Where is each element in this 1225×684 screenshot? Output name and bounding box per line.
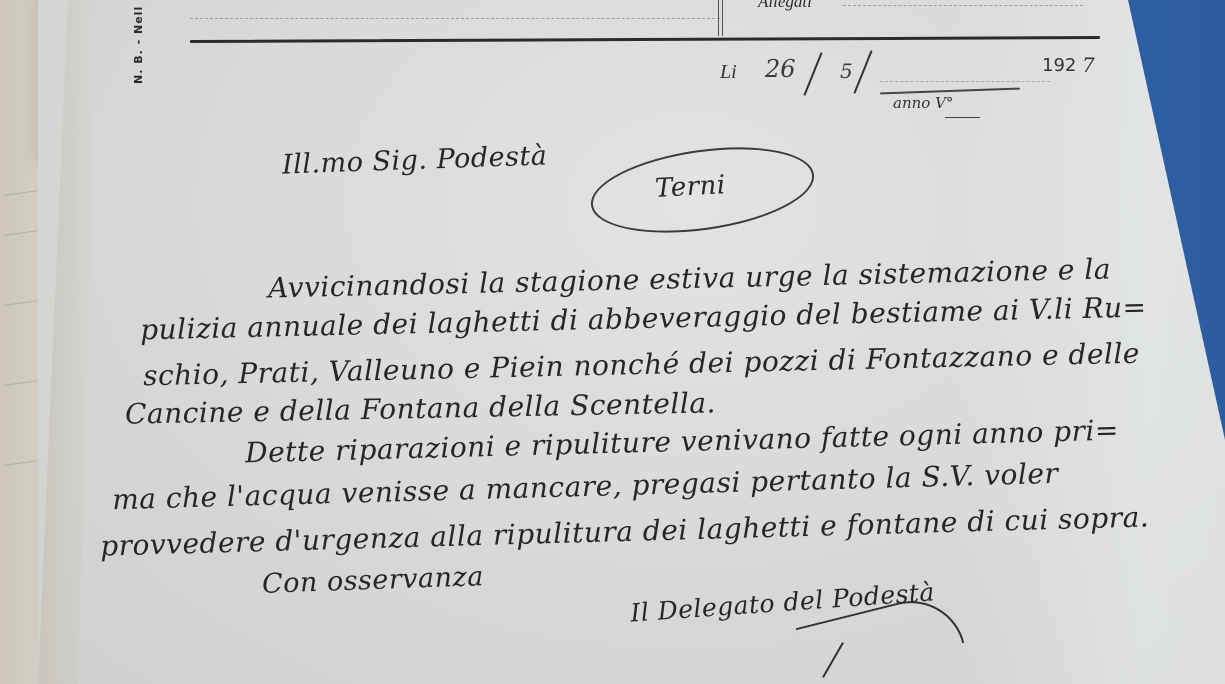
form-divider <box>718 0 723 36</box>
date-month: 5 <box>840 59 853 83</box>
date-separator <box>803 52 822 95</box>
date-day: 26 <box>765 55 796 83</box>
form-dotted-line <box>190 18 720 19</box>
city-name: Terni <box>654 170 726 204</box>
photo-stage: N. B. - Nell Allegati Li 26 5 192 7 anno… <box>0 0 1225 684</box>
date-year-printed: 192 <box>1042 55 1076 76</box>
form-dotted-line <box>843 5 1083 6</box>
era-underline <box>945 117 980 118</box>
date-prefix: Li <box>720 61 737 84</box>
date-separator <box>853 50 872 93</box>
date-year-handwritten: 7 <box>1082 53 1095 77</box>
date-dotted-line <box>880 81 1050 82</box>
date-line: Li 26 5 192 7 <box>720 55 1110 95</box>
side-note: N. B. - Nell <box>132 6 145 84</box>
date-era: anno V° <box>893 94 953 112</box>
allegati-label: Allegati <box>758 0 812 12</box>
